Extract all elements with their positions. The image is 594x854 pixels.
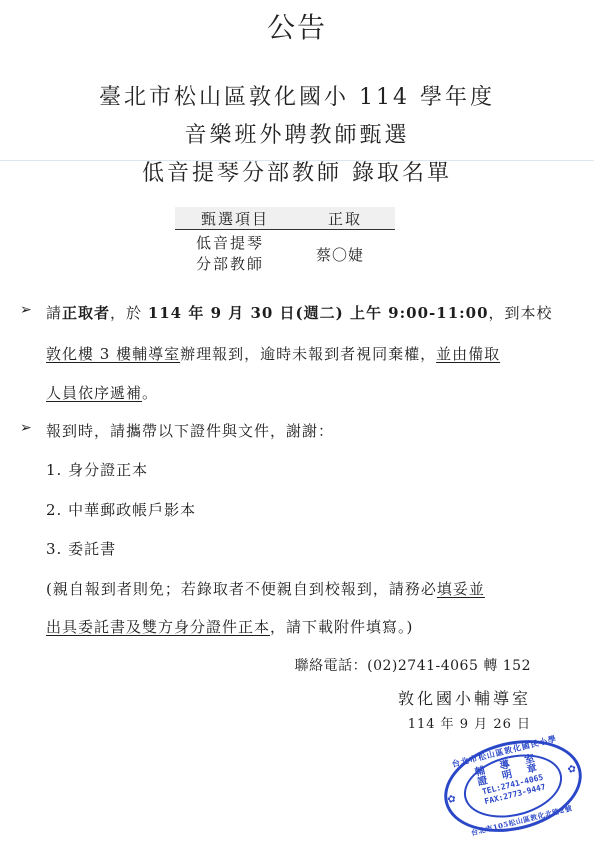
instruction-line: 請正取者，於 114 年 9 月 30 日(週二) 上午 9:00-11:00，… — [46, 302, 553, 323]
instruction-line: 敦化樓 3 樓輔導室辦理報到，逾時未報到者視同棄權，並由備取 — [46, 343, 500, 364]
document-item: 3. 委託書 — [46, 538, 116, 559]
contact-phone: 聯絡電話：(02)2741-4065 轉 152 — [295, 655, 531, 675]
issuing-office: 敦化國小輔導室 — [398, 686, 531, 709]
column-header-admitted: 正取 — [295, 208, 395, 229]
notice-title: 公告 — [0, 6, 594, 46]
official-seal-stamp: 台北市松山區敦化國民小學 ✿ ✿ 輔 導 室 證 明 章 TEL:2741-40… — [434, 726, 591, 845]
admission-table: 甄選項目 正取 低音提琴 分部教師 蔡〇婕 — [175, 207, 395, 275]
instruction-line: 報到時，請攜帶以下證件與文件，謝謝： — [46, 420, 334, 441]
heading-school-year: 臺北市松山區敦化國小 114 學年度 — [0, 80, 594, 111]
cell-item: 低音提琴 分部教師 — [175, 233, 285, 275]
document-item: 1. 身分證正本 — [46, 459, 148, 480]
cell-admitted-name: 蔡〇婕 — [285, 244, 395, 265]
instruction-line: 人員依序遞補。 — [46, 382, 158, 403]
column-header-item: 甄選項目 — [175, 208, 295, 229]
report-location: 敦化樓 3 樓輔導室 — [46, 345, 180, 363]
table-row: 低音提琴 分部教師 蔡〇婕 — [175, 230, 395, 275]
note-line: (親自報到者則免；若錄取者不便親自到校報到，請務必填妥並 — [46, 578, 485, 599]
report-datetime: 114 年 9 月 30 日(週二) 上午 9:00-11:00 — [148, 304, 489, 322]
note-line: 出具委託書及雙方身分證件正本，請下載附件填寫。) — [46, 616, 413, 637]
document-item: 2. 中華郵政帳戶影本 — [46, 499, 196, 520]
issue-date: 114 年 9 月 26 日 — [408, 713, 531, 732]
table-header: 甄選項目 正取 — [175, 207, 395, 230]
cell-item-line: 分部教師 — [175, 254, 285, 275]
heading-recruitment: 音樂班外聘教師甄選 — [0, 118, 594, 149]
arrow-bullet-icon: ➢ — [20, 302, 36, 318]
heading-admission-list: 低音提琴分部教師 錄取名單 — [0, 156, 594, 187]
cell-item-line: 低音提琴 — [175, 233, 285, 254]
announcement-page: 公告 臺北市松山區敦化國小 114 學年度 音樂班外聘教師甄選 低音提琴分部教師… — [0, 0, 594, 854]
arrow-bullet-icon: ➢ — [20, 420, 36, 436]
